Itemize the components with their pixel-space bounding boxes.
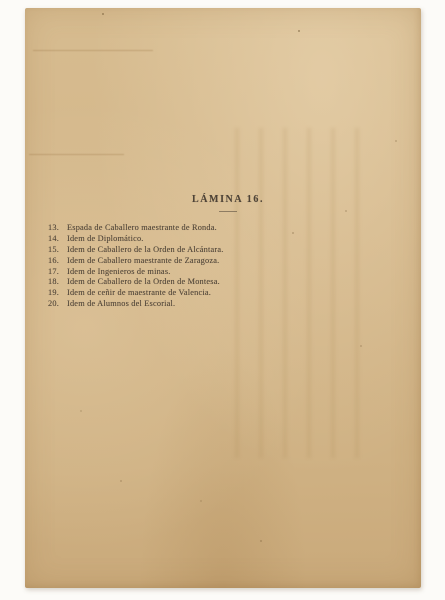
scanned-page-background: LÁMINA 16. 13. Espada de Caballero maest… xyxy=(0,0,445,600)
list-item-number: 17. xyxy=(45,267,59,278)
list-item-text: Idem de Alumnos del Escorial. xyxy=(67,299,175,310)
paper-crease-line xyxy=(29,154,124,155)
list-item-text: Idem de Caballero maestrante de Zaragoza… xyxy=(67,256,219,267)
paper-speck xyxy=(102,13,104,15)
page-title: LÁMINA 16. xyxy=(30,194,426,205)
paper-speck xyxy=(360,345,362,347)
list-item-text: Idem de Caballero de la Orden de Alcánta… xyxy=(67,245,224,256)
paper-sheet: LÁMINA 16. 13. Espada de Caballero maest… xyxy=(25,8,421,588)
list-item: 18. Idem de Caballero de la Orden de Mon… xyxy=(45,277,385,288)
list-item-number: 20. xyxy=(45,299,59,310)
list-item-text: Idem de Diplomático. xyxy=(67,234,144,245)
paper-crease-line xyxy=(33,50,153,51)
list-item: 20. Idem de Alumnos del Escorial. xyxy=(45,299,385,310)
list-item-number: 15. xyxy=(45,245,59,256)
list-item: 19. Idem de ceñir de maestrante de Valen… xyxy=(45,288,385,299)
paper-speck xyxy=(120,480,122,482)
list-item-text: Espada de Caballero maestrante de Ronda. xyxy=(67,223,217,234)
list-item: 13. Espada de Caballero maestrante de Ro… xyxy=(45,223,385,234)
plate-item-list: 13. Espada de Caballero maestrante de Ro… xyxy=(45,223,385,310)
paper-speck xyxy=(260,540,262,542)
paper-speck xyxy=(345,210,347,212)
list-item-text: Idem de Caballero de la Orden de Montesa… xyxy=(67,277,220,288)
paper-speck xyxy=(298,30,300,32)
list-item-number: 16. xyxy=(45,256,59,267)
heading-underline-rule xyxy=(219,211,237,212)
list-item: 16. Idem de Caballero maestrante de Zara… xyxy=(45,256,385,267)
list-item-number: 19. xyxy=(45,288,59,299)
list-item-number: 14. xyxy=(45,234,59,245)
list-item: 15. Idem de Caballero de la Orden de Alc… xyxy=(45,245,385,256)
list-item-text: Idem de Ingenieros de minas. xyxy=(67,267,171,278)
list-item-text: Idem de ceñir de maestrante de Valencia. xyxy=(67,288,211,299)
list-item: 14. Idem de Diplomático. xyxy=(45,234,385,245)
paper-speck xyxy=(80,410,82,412)
list-item-number: 18. xyxy=(45,277,59,288)
list-item: 17. Idem de Ingenieros de minas. xyxy=(45,267,385,278)
paper-speck xyxy=(200,500,202,502)
list-item-number: 13. xyxy=(45,223,59,234)
paper-speck xyxy=(395,140,397,142)
